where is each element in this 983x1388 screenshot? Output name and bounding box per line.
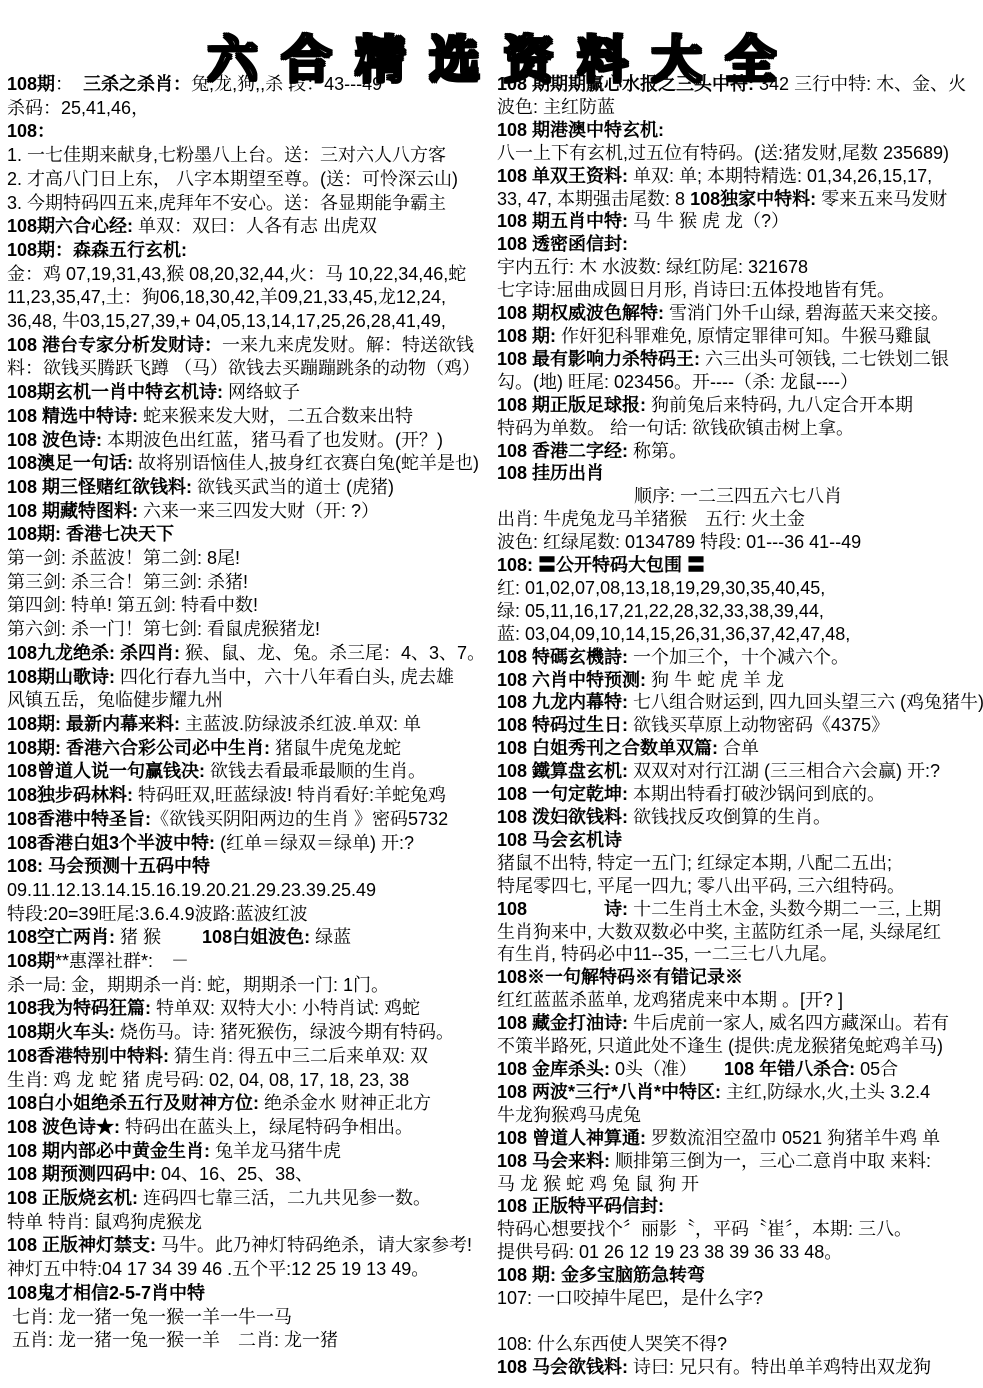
text-line: 第一剑: 杀蓝波！第二剑: 8尾! bbox=[7, 547, 491, 571]
text-line: 108 波色诗★: 特码出在蓝头上，绿尾特码争相出。 bbox=[7, 1116, 491, 1140]
text-line: 108 期三怪赌红欲钱料: 欲钱买武当的道士 (虎猪) bbox=[7, 476, 491, 500]
text-line: 108 正版神灯禁支: 马牛。此乃神灯特码绝杀，请大家参考! bbox=[7, 1234, 491, 1258]
line-body-text: 第一剑: 杀蓝波！第二剑: 8尾! bbox=[7, 548, 240, 568]
text-line: 108 精选中特诗: 蛇来猴来发大财，二五合数来出特 bbox=[7, 405, 491, 429]
line-header-text: 108 两波*三行*八肖*中特区: bbox=[497, 1082, 721, 1102]
line-header-text: 108 挂历出肖 bbox=[497, 463, 604, 483]
text-line: 八一上下有玄机,过五位有特码。(送:猪发财,尾数 235689) bbox=[497, 142, 979, 165]
line-body-text: 金：鸡 07,19,31,43,猴 08,20,32,44,火：马 10,22,… bbox=[7, 264, 466, 284]
text-line: 108香港白姐3个半波中特: (红单＝绿双＝绿单) 开:? bbox=[7, 832, 491, 856]
line-body-text: 生肖: 鸡 龙 蛇 猪 虎号码: 02, 04, 08, 17, 18, 23,… bbox=[7, 1070, 409, 1090]
text-line: 七字诗:屈曲成圆日月形, 肖诗曰:五体投地皆有凭。 bbox=[497, 279, 979, 302]
text-line: 108空亡两肖: 猪 猴 108白姐波色: 绿蓝 bbox=[7, 926, 491, 950]
text-line: 108 透密函信封: bbox=[497, 233, 979, 256]
text-line: 108: 〓公开特码大包围 〓 bbox=[497, 554, 979, 577]
line-body-text: 猪鼠牛虎兔龙蛇 bbox=[270, 738, 401, 758]
text-line: 108 鐵算盘玄机: 双双对对行江湖 (三三相合六会赢) 开:? bbox=[497, 760, 979, 783]
line-body-text: 网络蚊子 bbox=[223, 382, 300, 402]
line-header-text: 108 香港二字经: bbox=[497, 441, 628, 461]
text-line: 第四剑: 特单! 第五剑: 特看中数! bbox=[7, 594, 491, 618]
line-header-text: 108期山歌诗: bbox=[7, 667, 115, 687]
text-line: 牛龙狗猴鸡马虎兔 bbox=[497, 1104, 979, 1127]
text-line: 108 波色诗: 本期波色出红蓝，猪马看了也发财。(开？) bbox=[7, 429, 491, 453]
line-body-text: 特码出在蓝头上，绿尾特码争相出。 bbox=[120, 1117, 413, 1137]
line-body-text: 七肖: 龙一猪一兔一猴一羊一牛一马 bbox=[7, 1307, 292, 1327]
line-body-text: ： bbox=[55, 74, 83, 94]
text-line: 风镇五岳，兔临健步耀九州 bbox=[7, 689, 491, 713]
text-line: 特尾零四七, 平尾一四九; 零八出平码, 三六组特码。 bbox=[497, 875, 979, 898]
text-line bbox=[497, 1310, 979, 1333]
text-line: 红红蓝蓝杀蓝单, 龙鸡猪虎来中本期 。[开? ] bbox=[497, 989, 979, 1012]
text-line: 特段:20=39旺尾:3.6.4.9波路:蓝波红波 bbox=[7, 903, 491, 927]
text-line: 108 白姐秀刊之合数单双篇: 合单 bbox=[497, 737, 979, 760]
line-body-text: 欲钱去看最乖最顺的生肖。 bbox=[205, 761, 426, 781]
line-body-text: 称第。 bbox=[628, 441, 687, 461]
line-header-text: 108期：森森五行玄机: bbox=[7, 240, 187, 260]
line-body-text: 宇内五行: 木 水波数: 绿红防尾: 321678 bbox=[497, 257, 808, 277]
text-line: 有生肖, 特码必中11--35, 一二三七八九尾。 bbox=[497, 943, 979, 966]
line-body-text: 蛇来猴来发大财，二五合数来出特 bbox=[138, 406, 413, 426]
line-header-text: 108期 bbox=[7, 74, 55, 94]
line-body-text: 特单 特肖: 鼠鸡狗虎猴龙 bbox=[7, 1212, 202, 1232]
line-header-text: 108 期五肖中特: bbox=[497, 211, 628, 231]
line-body-text: 2. 才高八门日上东， 八字本期望至尊。(送：可怜深云山) bbox=[7, 169, 458, 189]
line-body-text: 狗前兔后来特码, 九八定合开本期 bbox=[646, 395, 913, 415]
line-header-text: 108 波色诗★: bbox=[7, 1117, 120, 1137]
text-line: 108 期权威波色解特: 雪消门外千山绿, 碧海蓝天来交接。 bbox=[497, 302, 979, 325]
line-header-text: 108： bbox=[7, 121, 55, 141]
line-header-text: 108香港特别中特料: bbox=[7, 1046, 169, 1066]
line-header-text: 108 精选中特诗: bbox=[7, 406, 138, 426]
line-body-text: 本期波色出红蓝，猪马看了也发财。(开？) bbox=[102, 430, 443, 450]
line-header-text: 108 期内部必中黄金生肖: bbox=[7, 1141, 210, 1161]
line-body-text: 猜生肖: 得五中三二后来单双: 双 bbox=[169, 1046, 428, 1066]
line-body-text: 342 三行中特: 木、金、火 bbox=[754, 74, 966, 94]
line-header-text: 108香港中特圣旨: bbox=[7, 809, 151, 829]
line-body-text: 主蓝波.防绿波杀红波.单双: 单 bbox=[180, 714, 421, 734]
text-line: 第六剑: 杀一门！第七剑: 看鼠虎猴猪龙! bbox=[7, 618, 491, 642]
line-body-text: 顺排第三倒为一，三心二意肖中取 来料: bbox=[610, 1151, 931, 1171]
text-line: 108 曾道人神算通: 罗数流泪空盈巾 0521 狗猪羊牛鸡 单 bbox=[497, 1127, 979, 1150]
text-line: 108 金库杀头: 0头（准） 108 年错八杀合: 05合 bbox=[497, 1058, 979, 1081]
line-body-text: 波色: 红绿尾数: 0134789 特段: 01---36 41--49 bbox=[497, 532, 861, 552]
line-body-text: 狗 牛 蛇 虎 羊 龙 bbox=[646, 670, 784, 690]
text-line: 蓝: 03,04,09,10,14,15,26,31,36,37,42,47,4… bbox=[497, 623, 979, 646]
text-line: 108独步码林料: 特码旺双,旺蓝绿波! 特肖看好:羊蛇兔鸡 bbox=[7, 784, 491, 808]
line-body-text: 生肖狗来中, 大数双数必中奖, 主蓝防红杀一尾, 头绿尾红 bbox=[497, 922, 941, 942]
text-line: 提供号码: 01 26 12 19 23 38 39 36 33 48。 bbox=[497, 1241, 979, 1264]
text-line: 生肖狗来中, 大数双数必中奖, 主蓝防红杀一尾, 头绿尾红 bbox=[497, 921, 979, 944]
line-header-text: 108期: 最新内幕来料: bbox=[7, 714, 180, 734]
line-header-text: 108期六合心经: bbox=[7, 216, 133, 236]
line-body-text: 107: 一口咬掉牛尾巴，是什么字? bbox=[497, 1288, 763, 1308]
line-body-text: 04、16、25、38、 bbox=[156, 1164, 313, 1184]
line-header-text: 108 特码过生日: bbox=[497, 715, 628, 735]
line-body-text: 一个加三个，十个减六个。 bbox=[628, 647, 849, 667]
line-body-text: 05合 bbox=[855, 1059, 898, 1079]
line-body-text: 3. 今期特码四五来,虎拜年不安心。送：各显期能争霸主 bbox=[7, 193, 446, 213]
line-header-text: 108 期藏特图料: bbox=[7, 501, 138, 521]
line-body-text: 欲钱买武当的道士 (虎猪) bbox=[192, 477, 394, 497]
line-body-text: 1. 一七佳期来献身,七粉墨八上台。送：三对六人八方客 bbox=[7, 145, 446, 165]
text-line: 108 期期期赢心水报之三头中特: 342 三行中特: 木、金、火 bbox=[497, 73, 979, 96]
text-line: 猪鼠不出特, 特定一五门; 红绿定本期, 八配二五出; bbox=[497, 852, 979, 875]
text-line: 108鬼才相信2-5-7肖中特 bbox=[7, 1282, 491, 1306]
line-header-text: 108期: 香港六合彩公司必中生肖: bbox=[7, 738, 270, 758]
line-header-text: 108 期: 金多宝脑筋急转弯 bbox=[497, 1265, 705, 1285]
line-header-text: 108 藏金打油诗: bbox=[497, 1013, 628, 1033]
line-body-text: 作奸犯科罪难免, 原情定罪律可知。牛猴马雞鼠 bbox=[556, 326, 931, 346]
text-line: 生肖: 鸡 龙 蛇 猪 虎号码: 02, 04, 08, 17, 18, 23,… bbox=[7, 1069, 491, 1093]
text-line: 108 期预测四码中: 04、16、25、38、 bbox=[7, 1163, 491, 1187]
text-line: 马 龙 猴 蛇 鸡 兔 鼠 狗 开 bbox=[497, 1173, 979, 1196]
text-line: 108期: 香港七决天下 bbox=[7, 523, 491, 547]
text-line: 2. 才高八门日上东， 八字本期望至尊。(送：可怜深云山) bbox=[7, 168, 491, 192]
text-line: 107: 一口咬掉牛尾巴，是什么字? bbox=[497, 1287, 979, 1310]
line-body-text: 兔羊龙马猪牛虎 bbox=[210, 1141, 341, 1161]
line-header-text: 108九龙绝杀: 杀四肖: bbox=[7, 643, 180, 663]
text-line: 金：鸡 07,19,31,43,猴 08,20,32,44,火：马 10,22,… bbox=[7, 263, 491, 287]
text-line: 波色: 主红防蓝 bbox=[497, 96, 979, 119]
line-header-text: 108 波色诗: bbox=[7, 430, 102, 450]
text-line: 108 九龙内幕特: 七八组合财运到, 四九回头望三六 (鸡兔猪牛) bbox=[497, 691, 979, 714]
text-line: 不策半路死, 只道此处不逢生 (提供:虎龙猴猪兔蛇鸡羊马) bbox=[497, 1035, 979, 1058]
line-body-text: 绿蓝 bbox=[310, 927, 351, 947]
line-body-text: 蓝: 03,04,09,10,14,15,26,31,36,37,42,47,4… bbox=[497, 624, 850, 644]
line-body-text: 八一上下有玄机,过五位有特码。(送:猪发财,尾数 235689) bbox=[497, 143, 949, 163]
text-line: 108期六合心经: 单双：双曰：人各有志 出虎双 bbox=[7, 215, 491, 239]
text-line: 七肖: 龙一猪一兔一猴一羊一牛一马 bbox=[7, 1306, 491, 1330]
text-line: 108期山歌诗: 四化行春九当中，六十八年看白头, 虎去雄 bbox=[7, 666, 491, 690]
line-body-text: 单双: 单; 本期特精选: 01,34,26,15,17, bbox=[628, 166, 932, 186]
line-body-text: 六三出头可领钱, 二七铁划二银 bbox=[700, 349, 949, 369]
line-header-text: 108: 〓公开特码大包围 〓 bbox=[497, 555, 705, 575]
text-line: 特码心想要找个〞丽影〝，平码〝崔〞，本期: 三八。 bbox=[497, 1218, 979, 1241]
text-line: 绿: 05,11,16,17,21,22,28,32,33,38,39,44, bbox=[497, 600, 979, 623]
text-line: 108 期内部必中黄金生肖: 兔羊龙马猪牛虎 bbox=[7, 1140, 491, 1164]
line-body-text: 红红蓝蓝杀蓝单, 龙鸡猪虎来中本期 。[开? ] bbox=[497, 990, 843, 1010]
text-line: 宇内五行: 木 水波数: 绿红防尾: 321678 bbox=[497, 256, 979, 279]
text-line: 108 期: 作奸犯科罪难免, 原情定罪律可知。牛猴马雞鼠 bbox=[497, 325, 979, 348]
text-line: 108 正版特平码信封: bbox=[497, 1195, 979, 1218]
line-body-text: 欲钱买草原上动物密码《4375》 bbox=[628, 715, 889, 735]
line-header-text: 108 马会玄机诗 bbox=[497, 830, 622, 850]
text-line: 108白小姐绝杀五行及财神方位: 绝杀金水 财神正北方 bbox=[7, 1092, 491, 1116]
line-header-text: 108 一句定乾坤: bbox=[497, 784, 628, 804]
text-line: 108九龙绝杀: 杀四肖: 猴、鼠、龙、兔。杀三尾：4、3、7。 bbox=[7, 642, 491, 666]
text-line: 108: 马会预测十五码中特 bbox=[7, 855, 491, 879]
text-line: 108 期港澳中特玄机: bbox=[497, 119, 979, 142]
line-header-text: 诗: bbox=[604, 899, 628, 919]
text-line: 108 挂历出肖 bbox=[497, 462, 979, 485]
line-body-text: 特码为单数。 给一句话: 欲钱砍镇击树上拿。 bbox=[497, 418, 854, 438]
text-line: 108我为特码狂篇: 特单双: 双特大小: 小特肖试: 鸡蛇 bbox=[7, 997, 491, 1021]
text-line: 特码为单数。 给一句话: 欲钱砍镇击树上拿。 bbox=[497, 417, 979, 440]
line-header-text: 108 期预测四码中: bbox=[7, 1164, 156, 1184]
line-body-text: 《欲钱买阴阳两边的生肖 》密码5732 bbox=[151, 809, 448, 829]
text-line: 108曾道人说一句赢钱决: 欲钱去看最乖最顺的生肖。 bbox=[7, 760, 491, 784]
text-line: 108 泼妇欲钱料: 欲钱找反攻倒算的生肖。 bbox=[497, 806, 979, 829]
text-line: 第三剑: 杀三合！第三剑: 杀猪! bbox=[7, 571, 491, 595]
line-body-text: 兔,龙,狗,,杀 段：43---49 bbox=[191, 74, 382, 94]
line-body-text: 勾。(地) 旺尾: 023456。开----（杀: 龙鼠----） bbox=[497, 372, 858, 392]
text-line: 108 港台专家分析发财诗：一来九来虎发财。解：特送欲钱 bbox=[7, 334, 491, 358]
text-line: 108 六肖中特预测: 狗 牛 蛇 虎 羊 龙 bbox=[497, 669, 979, 692]
line-header-text: 108我为特码狂篇: bbox=[7, 998, 151, 1018]
line-header-text: 108曾道人说一句赢钱决: bbox=[7, 761, 205, 781]
line-body-text: 绿: 05,11,16,17,21,22,28,32,33,38,39,44, bbox=[497, 601, 824, 621]
line-header-text: 108独家中特料: bbox=[690, 189, 816, 209]
text-line: 108 香港二字经: 称第。 bbox=[497, 440, 979, 463]
line-header-text: 108期: 香港七决天下 bbox=[7, 524, 174, 544]
line-body-text: 不策半路死, 只道此处不逢生 (提供:虎龙猴猪兔蛇鸡羊马) bbox=[497, 1036, 943, 1056]
line-body-text: 主红,防绿水,火,土头 3.2.4 bbox=[721, 1082, 930, 1102]
line-body-text: 提供号码: 01 26 12 19 23 38 39 36 33 48。 bbox=[497, 1242, 842, 1262]
text-line: 108 期: 金多宝脑筋急转弯 bbox=[497, 1264, 979, 1287]
text-line: 108期玄机一肖中特玄机诗: 网络蚊子 bbox=[7, 381, 491, 405]
text-line: 杀码：25,41,46， bbox=[7, 97, 491, 121]
line-header-text: 108 金库杀头: bbox=[497, 1059, 610, 1079]
line-body-text: 有生肖, 特码必中11--35, 一二三七八九尾。 bbox=[497, 944, 838, 964]
line-body-text: 杀码：25,41,46， bbox=[7, 98, 149, 118]
text-line: 108 特碼玄機詩: 一个加三个，十个减六个。 bbox=[497, 646, 979, 669]
line-body-text: 红: 01,02,07,08,13,18,19,29,30,35,40,45, bbox=[497, 578, 825, 598]
line-header-text: 108 期期期赢心水报之三头中特: bbox=[497, 74, 754, 94]
line-header-text: 108 特碼玄機詩: bbox=[497, 647, 628, 667]
line-header-text: 108: 马会预测十五码中特 bbox=[7, 856, 210, 876]
line-body-text: 本期出特看打破沙锅问到底的。 bbox=[628, 784, 885, 804]
line-body-text: 合单 bbox=[718, 738, 759, 758]
line-header-text: 三杀之杀肖： bbox=[83, 74, 191, 94]
text-line: 勾。(地) 旺尾: 023456。开----（杀: 龙鼠----） bbox=[497, 371, 979, 394]
line-body-text: 牛龙狗猴鸡马虎兔 bbox=[497, 1105, 641, 1125]
line-body-text: 108: 什么东西使人哭笑不得? bbox=[497, 1334, 727, 1354]
line-header-text: 108 bbox=[497, 899, 527, 919]
text-line: 108澳足一句话: 故将别语恼佳人,披身红衣赛白兔(蛇羊是也) bbox=[7, 452, 491, 476]
line-header-text: 108 港台专家分析发财诗： bbox=[7, 335, 222, 355]
text-line: 33, 47, 本期强击尾数: 8 108独家中特料: 零来五来马发财 bbox=[497, 188, 979, 211]
line-body-text: 马 龙 猴 蛇 鸡 兔 鼠 狗 开 bbox=[497, 1174, 699, 1194]
text-line: 108期： 三杀之杀肖：兔,龙,狗,,杀 段：43---49 bbox=[7, 73, 491, 97]
text-line: 五肖: 龙一猪一兔一猴一羊 二肖: 龙一猪 bbox=[7, 1329, 491, 1353]
text-line: 108 马会来料: 顺排第三倒为一，三心二意肖中取 来料: bbox=[497, 1150, 979, 1173]
line-body-text: 七字诗:屈曲成圆日月形, 肖诗曰:五体投地皆有凭。 bbox=[497, 280, 895, 300]
line-body-text: 零来五来马发财 bbox=[816, 189, 947, 209]
text-line: 出肖: 牛虎兔龙马羊猪猴 五行: 火土金 bbox=[497, 508, 979, 531]
line-header-text: 108鬼才相信2-5-7肖中特 bbox=[7, 1283, 205, 1303]
line-body-text: 绝杀金水 财神正北方 bbox=[259, 1093, 431, 1113]
line-header-text: 108 正版特平码信封: bbox=[497, 1196, 664, 1216]
line-header-text: 108空亡两肖: bbox=[7, 927, 115, 947]
line-header-text: 108 最有影响力杀特码王: bbox=[497, 349, 700, 369]
text-line: 杀一局: 金，期期杀一肖: 蛇，期期杀一门: 1门。 bbox=[7, 974, 491, 998]
line-body-text: 特段:20=39旺尾:3.6.4.9波路:蓝波红波 bbox=[7, 904, 308, 924]
line-body-text: 0头（准） bbox=[610, 1059, 724, 1079]
text-line: 11,23,35,47,土：狗06,18,30,42,羊09,21,33,45,… bbox=[7, 286, 491, 310]
line-header-text: 108澳足一句话: bbox=[7, 453, 133, 473]
line-body-text: 第四剑: 特单! 第五剑: 特看中数! bbox=[7, 595, 258, 615]
text-line: 108※一句解特码※有错记录※ bbox=[497, 966, 979, 989]
line-body-text: 第三剑: 杀三合！第三剑: 杀猪! bbox=[7, 572, 248, 592]
line-header-text: 108期玄机一肖中特玄机诗: bbox=[7, 382, 223, 402]
line-body-text: 特码心想要找个〞丽影〝，平码〝崔〞，本期: 三八。 bbox=[497, 1219, 912, 1239]
line-body-text: 欲钱找反攻倒算的生肖。 bbox=[628, 807, 831, 827]
line-body-text: 36,48, 牛03,15,27,39,+ 04,05,13,14,17,25,… bbox=[7, 311, 446, 331]
line-body-text: 09.11.12.13.14.15.16.19.20.21.29.23.39.2… bbox=[7, 880, 376, 900]
line-body-text: 罗数流泪空盈巾 0521 狗猪羊牛鸡 单 bbox=[646, 1128, 940, 1148]
line-body-text: 连码四七靠三活，二九共见参一数。 bbox=[138, 1188, 431, 1208]
line-header-text: 108白小姐绝杀五行及财神方位: bbox=[7, 1093, 259, 1113]
line-header-text: 108 透密函信封: bbox=[497, 234, 628, 254]
line-body-text: 猴、鼠、龙、兔。杀三尾：4、3、7。 bbox=[180, 643, 485, 663]
line-body-text: 出肖: 牛虎兔龙马羊猪猴 五行: 火土金 bbox=[497, 509, 805, 529]
line-header-text: 108 正版烧玄机: bbox=[7, 1188, 138, 1208]
line-header-text: 108 期权威波色解特: bbox=[497, 303, 664, 323]
text-line: 108 正版烧玄机: 连码四七靠三活，二九共见参一数。 bbox=[7, 1187, 491, 1211]
text-line: 108 期藏特图料: 六来一来三四发大财（开: ?） bbox=[7, 500, 491, 524]
line-header-text: 108独步码林料: bbox=[7, 785, 133, 805]
line-body-text: 杀一局: 金，期期杀一肖: 蛇，期期杀一门: 1门。 bbox=[7, 975, 389, 995]
text-line: 108 两波*三行*八肖*中特区: 主红,防绿水,火,土头 3.2.4 bbox=[497, 1081, 979, 1104]
line-body-text bbox=[497, 1311, 502, 1331]
line-body-text: **惠澤社群*: － bbox=[55, 951, 189, 971]
line-body-text: 特码旺双,旺蓝绿波! 特肖看好:羊蛇兔鸡 bbox=[133, 785, 446, 805]
text-line: 108期：森森五行玄机: bbox=[7, 239, 491, 263]
line-header-text: 108 曾道人神算通: bbox=[497, 1128, 646, 1148]
line-header-text: 108期 bbox=[7, 951, 55, 971]
text-line: 108 诗: 十二生肖土木金, 头数今期二一三, 上期 bbox=[497, 898, 979, 921]
line-body-text: 33, 47, 本期强击尾数: 8 bbox=[497, 189, 690, 209]
line-body-text: 特尾零四七, 平尾一四九; 零八出平码, 三六组特码。 bbox=[497, 876, 905, 896]
text-line: 108 单双王资料: 单双: 单; 本期特精选: 01,34,26,15,17, bbox=[497, 165, 979, 188]
text-line: 108 期正版足球报: 狗前兔后来特码, 九八定合开本期 bbox=[497, 394, 979, 417]
line-header-text: 108白姐波色: bbox=[202, 927, 310, 947]
text-line: 顺序: 一二三四五六七八肖 bbox=[497, 485, 979, 508]
text-line: 108: 什么东西使人哭笑不得? bbox=[497, 1333, 979, 1356]
text-line: 108期: 香港六合彩公司必中生肖: 猪鼠牛虎兔龙蛇 bbox=[7, 737, 491, 761]
line-header-text: 108香港白姐3个半波中特: bbox=[7, 833, 215, 853]
line-body-text: 单双：双曰：人各有志 出虎双 bbox=[133, 216, 377, 236]
text-line: 108 藏金打油诗: 牛后虎前一家人, 威名四方藏深山。若有 bbox=[497, 1012, 979, 1035]
line-header-text: 108 正版神灯禁支: bbox=[7, 1235, 156, 1255]
text-line: 108期: 最新内幕来料: 主蓝波.防绿波杀红波.单双: 单 bbox=[7, 713, 491, 737]
text-line: 108期火车头: 烧伤马。诗: 猪死猴伤，绿波今期有特码。 bbox=[7, 1021, 491, 1045]
line-body-text: 七八组合财运到, 四九回头望三六 (鸡兔猪牛) bbox=[628, 692, 983, 712]
text-line: 108 马会玄机诗 bbox=[497, 829, 979, 852]
line-body-text: 五肖: 龙一猪一兔一猴一羊 二肖: 龙一猪 bbox=[7, 1330, 338, 1350]
line-header-text: 108 期港澳中特玄机: bbox=[497, 120, 664, 140]
text-line: 神灯五中特:04 17 34 39 46 .五个平:12 25 19 13 49… bbox=[7, 1258, 491, 1282]
line-header-text: 108 年错八杀合: bbox=[724, 1059, 855, 1079]
line-body-text: 一来九来虎发财。解：特送欲钱 bbox=[222, 335, 474, 355]
line-body-text: 特单双: 双特大小: 小特肖试: 鸡蛇 bbox=[151, 998, 420, 1018]
line-body-text: 第六剑: 杀一门！第七剑: 看鼠虎猴猪龙! bbox=[7, 619, 320, 639]
text-line: 料：欲钱买腾跃飞蹲 （马）欲钱去买蹦蹦跳条的动物（鸡） bbox=[7, 357, 491, 381]
line-body-text: 双双对对行江湖 (三三相合六会赢) 开:? bbox=[628, 761, 940, 781]
line-body-text: 烧伤马。诗: 猪死猴伤，绿波今期有特码。 bbox=[115, 1022, 454, 1042]
line-body-text: 料：欲钱买腾跃飞蹲 （马）欲钱去买蹦蹦跳条的动物（鸡） bbox=[7, 358, 480, 378]
text-line: 108 期五肖中特: 马 牛 猴 虎 龙（?） bbox=[497, 210, 979, 233]
line-body-text: 雪消门外千山绿, 碧海蓝天来交接。 bbox=[664, 303, 949, 323]
line-body-text: 11,23,35,47,土：狗06,18,30,42,羊09,21,33,45,… bbox=[7, 287, 446, 307]
text-line: 特单 特肖: 鼠鸡狗虎猴龙 bbox=[7, 1211, 491, 1235]
text-line: 108 最有影响力杀特码王: 六三出头可领钱, 二七铁划二银 bbox=[497, 348, 979, 371]
text-line: 108香港中特圣旨:《欲钱买阴阳两边的生肖 》密码5732 bbox=[7, 808, 491, 832]
line-header-text: 108 马会来料: bbox=[497, 1151, 610, 1171]
text-line: 波色: 红绿尾数: 0134789 特段: 01---36 41--49 bbox=[497, 531, 979, 554]
line-body-text: 波色: 主红防蓝 bbox=[497, 97, 615, 117]
text-line: 36,48, 牛03,15,27,39,+ 04,05,13,14,17,25,… bbox=[7, 310, 491, 334]
line-body-text: 故将别语恼佳人,披身红衣赛白兔(蛇羊是也) bbox=[133, 453, 479, 473]
line-header-text: 108 鐵算盘玄机: bbox=[497, 761, 628, 781]
line-header-text: 108※一句解特码※有错记录※ bbox=[497, 967, 743, 987]
line-body-text: 猪鼠不出特, 特定一五门; 红绿定本期, 八配二五出; bbox=[497, 853, 892, 873]
left-column: 108期： 三杀之杀肖：兔,龙,狗,,杀 段：43---49杀码：25,41,4… bbox=[7, 73, 491, 1353]
line-header-text: 108 期正版足球报: bbox=[497, 395, 646, 415]
line-body-text: (红单＝绿双＝绿单) 开:? bbox=[215, 833, 414, 853]
line-body-text: 马 牛 猴 虎 龙（?） bbox=[628, 211, 789, 231]
line-body-text: 顺序: 一二三四五六七八肖 bbox=[634, 486, 842, 506]
text-line: 108期**惠澤社群*: － bbox=[7, 950, 491, 974]
text-line: 3. 今期特码四五来,虎拜年不安心。送：各显期能争霸主 bbox=[7, 192, 491, 216]
line-header-text: 108 期: bbox=[497, 326, 556, 346]
text-line: 108香港特别中特料: 猜生肖: 得五中三二后来单双: 双 bbox=[7, 1045, 491, 1069]
text-line: 108 特码过生日: 欲钱买草原上动物密码《4375》 bbox=[497, 714, 979, 737]
text-line: 1. 一七佳期来献身,七粉墨八上台。送：三对六人八方客 bbox=[7, 144, 491, 168]
line-header-text: 108 九龙内幕特: bbox=[497, 692, 628, 712]
line-header-text: 108 马会欲钱料: bbox=[497, 1357, 628, 1377]
line-body-text: 诗曰: 兄只有。特出单羊鸡特出双龙狗 bbox=[628, 1357, 931, 1377]
text-line: 红: 01,02,07,08,13,18,19,29,30,35,40,45, bbox=[497, 577, 979, 600]
line-header-text: 108 泼妇欲钱料: bbox=[497, 807, 628, 827]
line-header-text: 108期火车头: bbox=[7, 1022, 115, 1042]
line-body-text: 风镇五岳，兔临健步耀九州 bbox=[7, 690, 223, 710]
document-page: 六合精选资料大全 108期： 三杀之杀肖：兔,龙,狗,,杀 段：43---49杀… bbox=[0, 0, 983, 1388]
line-header-text: 108 期三怪赌红欲钱料: bbox=[7, 477, 192, 497]
line-header-text: 108 单双王资料: bbox=[497, 166, 628, 186]
line-body-text: 神灯五中特:04 17 34 39 46 .五个平:12 25 19 13 49… bbox=[7, 1259, 429, 1279]
text-line: 108 一句定乾坤: 本期出特看打破沙锅问到底的。 bbox=[497, 783, 979, 806]
right-column: 108 期期期赢心水报之三头中特: 342 三行中特: 木、金、火波色: 主红防… bbox=[497, 73, 979, 1379]
line-body-text: 四化行春九当中，六十八年看白头, 虎去雄 bbox=[115, 667, 454, 687]
line-body-text: 马牛。此乃神灯特码绝杀，请大家参考! bbox=[156, 1235, 472, 1255]
line-body-text: 牛后虎前一家人, 威名四方藏深山。若有 bbox=[628, 1013, 949, 1033]
text-line: 108 马会欲钱料: 诗曰: 兄只有。特出单羊鸡特出双龙狗 bbox=[497, 1356, 979, 1379]
line-header-text: 108 六肖中特预测: bbox=[497, 670, 646, 690]
line-header-text: 108 白姐秀刊之合数单双篇: bbox=[497, 738, 718, 758]
text-line: 09.11.12.13.14.15.16.19.20.21.29.23.39.2… bbox=[7, 879, 491, 903]
line-body-text: 十二生肖土木金, 头数今期二一三, 上期 bbox=[628, 899, 941, 919]
line-body-text: 六来一来三四发大财（开: ?） bbox=[138, 501, 379, 521]
text-line: 108： bbox=[7, 120, 491, 144]
line-body-text: 猪 猴 bbox=[115, 927, 202, 947]
line-body-text bbox=[527, 899, 604, 919]
